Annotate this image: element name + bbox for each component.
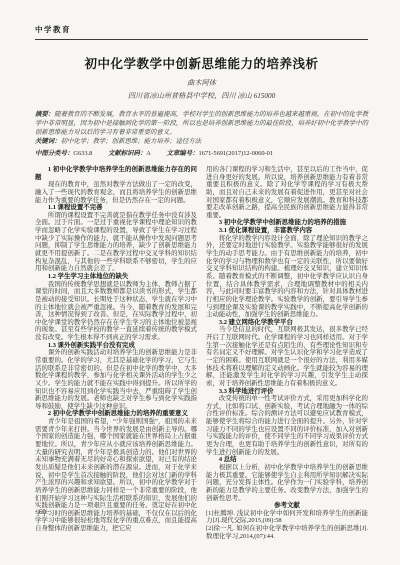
section-heading-1: 1 初中化学教学中培养学生的创新思维能力存在的问题 xyxy=(35,166,197,181)
section-heading-2: 2 初中化学教学中创新思维能力的培养的重要意义 xyxy=(35,410,197,418)
section-heading-4: 4 总结 xyxy=(206,456,368,464)
paragraph: 根据以上分析，初中化学教学中培养学生的创新思维能力极其重要。它能够使学生自主利用… xyxy=(206,464,368,502)
section-heading-3: 3 初中化学教学中创新思维能力的培养的措施 xyxy=(206,219,368,227)
clc-value: G633.8 xyxy=(73,150,92,157)
clc-label: 中图分类号： xyxy=(35,150,73,157)
subsection-heading-1-1: 1.1 课程设置不完善 xyxy=(35,204,197,212)
references-heading: 参考文献 xyxy=(206,502,368,510)
keywords-label: 关键词： xyxy=(35,138,61,145)
abstract-label: 摘要： xyxy=(35,111,54,118)
paragraph: 所谓的课程设置不完善就是指在教学任务中没有涉及全面。过于片面。一是过于重视化学课… xyxy=(35,212,197,273)
right-column: 用的各门课程的学习和生活中，甚至以后的工作当中，促进自身更好的发展。所以说，培养… xyxy=(206,166,368,540)
abstract-text: 随着教育的不断发展，教育水平的普遍提高，学校对学生的创新思维能力的培养也越来越重… xyxy=(35,111,368,136)
paragraph-continuation: 用的各门课程的学习和生活中，甚至以后的工作当中，促进自身更好的发展。所以说，培养… xyxy=(206,166,368,219)
keywords-text: 初中化学；教学；创新思维；能力培养；途径方法 xyxy=(61,138,202,145)
journal-category-label: 中学教育 xyxy=(35,24,368,35)
article-title: 初中化学教学中创新思维能力的培养浅析 xyxy=(35,54,368,72)
paragraph: 青少年是祖国的希望，“少年强则国强”，祖国的未来需要青少年来打拼。当今世界的发展… xyxy=(35,418,197,533)
doc-code-label: 文献标识码： xyxy=(108,150,146,157)
subsection-heading-3-1: 3.1 优化课程设置，丰富教学内容 xyxy=(206,227,368,235)
article-id-value: 1671-5691(2017)12-0060-01 xyxy=(198,150,273,157)
doc-code-value: A xyxy=(146,150,151,157)
article-body: 1 初中化学教学中培养学生的创新思维能力存在的问题 现在的教育中，虽然对教学方法… xyxy=(35,166,368,540)
paragraph: 课外的创新实践活动对培养学生的创新思维能力是非常重要的。化学的学习，尤其是基础化… xyxy=(35,349,197,410)
author-affiliation: 四川省凉山州普格县中学校，四川 凉山 615000 xyxy=(35,91,368,101)
page-number: · 60 · xyxy=(35,509,50,516)
article-id-label: 文章编号： xyxy=(167,150,199,157)
abstract: 摘要：随着教育的不断发展，教育水平的普遍提高，学校对学生的创新思维能力的培养也越… xyxy=(35,110,368,137)
paragraph: 改变传统的单一性考试评价方式，采用更加科学化的方式，比如将口试、创新实验、考试合… xyxy=(206,395,368,456)
keywords: 关键词：初中化学；教学；创新思维；能力培养；途径方法 xyxy=(35,137,368,146)
subsection-heading-1-2: 1.2 学生学习主体地位的缺失 xyxy=(35,273,197,281)
left-column: 1 初中化学教学中培养学生的创新思维能力存在的问题 现在的教育中，虽然对教学方法… xyxy=(35,166,197,540)
author-name: 曲木阿体 xyxy=(35,78,368,88)
header-divider xyxy=(35,39,368,40)
paragraph: 当今是信息的时代，互联网极其发达，很多教学已经开启了互联网时代。化学课程的学习也… xyxy=(206,326,368,387)
paragraph: 我国的传统教学思想就是以教师为主体，教师占据了课堂的时间，而且大多数教师都是以读… xyxy=(35,281,197,342)
paragraph: 将化学的教学内容设计全面，除了理论知识的教学之外，还要定时地进行实验教学。实验教… xyxy=(206,235,368,319)
reference-item: [1]杜腾坤. 浅议初中化学中如何开发和培养学生的创新能力[J].现代交际,20… xyxy=(206,510,368,525)
reference-item: [2]徐一凡. 如何在初中化学教学中培养学生的创新思维[J].数理化学习,201… xyxy=(206,525,368,540)
paragraph: 现在的教育中，虽然对教学方法做出了一定的改变，融入了一些现代的教育观念，而且将培… xyxy=(35,181,197,204)
journal-page: 中学教育 初中化学教学中创新思维能力的培养浅析 曲木阿体 四川省凉山州普格县中学… xyxy=(0,0,400,565)
front-matter: 摘要：随着教育的不断发展，教育水平的普遍提高，学校对学生的创新思维能力的培养也越… xyxy=(35,110,368,158)
article-meta: 中图分类号：G633.8 文献标识码：A 文章编号：1671-5691(2017… xyxy=(35,149,368,158)
